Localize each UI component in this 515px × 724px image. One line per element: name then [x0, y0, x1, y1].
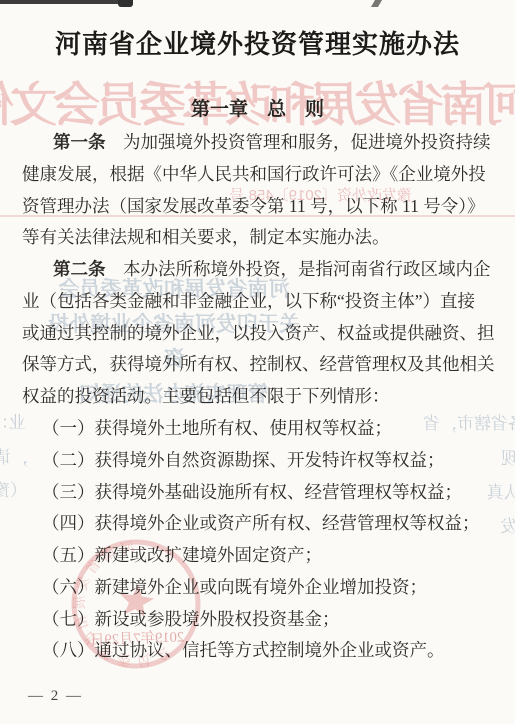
- page-title: 河南省企业境外投资管理实施办法: [0, 28, 515, 62]
- scanned-document-page: 河南省发展和改革委员会文件 豫发改外资〔2019〕458 号 河南省发展和改革委…: [0, 0, 515, 724]
- article-line: 资管理办法（国家发展改革委令第 11 号，以下称 11 号令）》: [22, 191, 494, 223]
- article-2-label: 第二条: [53, 259, 106, 279]
- article-line: 保等方式，获得境外所有权、控制权、经营管理权及其他相关: [22, 349, 494, 381]
- list-item: （八）通过协议、信托等方式控制境外企业或资产。: [42, 635, 494, 667]
- article-line: 或通过其控制的境外企业，以投入资产、权益或提供融资、担: [22, 318, 494, 350]
- list-item: （四）获得境外企业或资产所有权、经营管理权等权益；: [42, 508, 494, 540]
- article-line: 第一条 为加强境外投资管理和服务，促进境外投资持续: [22, 127, 494, 159]
- scan-artifact-nub: [118, 0, 133, 7]
- article-line: 权益的投资活动。主要包括但不限于下列情形：: [22, 381, 494, 413]
- list-item: （五）新建或改扩建境外固定资产；: [42, 540, 494, 572]
- page-number: — 2 —: [28, 688, 83, 705]
- article-line: 第二条 本办法所称境外投资，是指河南省行政区域内企: [22, 254, 494, 286]
- scan-artifact-bar: [0, 0, 128, 4]
- enumerated-list: （一）获得境外土地所有权、使用权等权益； （二）获得境外自然资源勘探、开发特许权…: [22, 413, 494, 667]
- edge-fragment: 发: [500, 517, 515, 537]
- article-line-text: 为加强境外投资管理和服务，促进境外投资持续: [106, 132, 491, 152]
- list-item: （三）获得境外基础设施所有权、经营管理权等权益；: [42, 477, 494, 509]
- edge-fragment: 现: [501, 449, 515, 469]
- list-item: （一）获得境外土地所有权、使用权等权益；: [42, 413, 494, 445]
- article-2: 第二条 本办法所称境外投资，是指河南省行政区域内企 业（包括各类金融和非金融企业…: [22, 254, 494, 413]
- scan-artifact-tick: [371, 0, 382, 7]
- list-item: （六）新建境外企业或向既有境外企业增加投资；: [42, 572, 494, 604]
- article-1: 第一条 为加强境外投资管理和服务，促进境外投资持续 健康发展，根据《中华人民共和…: [22, 127, 494, 254]
- article-line: 等有关法律法规和相关要求，制定本实施办法。: [22, 222, 494, 254]
- list-item: （二）获得境外自然资源勘探、开发特许权等权益；: [42, 445, 494, 477]
- list-item: （七）新设或参股境外股权投资基金；: [42, 604, 494, 636]
- article-line-text: 本办法所称境外投资，是指河南省行政区域内企: [106, 259, 491, 279]
- article-line: 业（包括各类金融和非金融企业，以下称“投资主体”）直接: [22, 286, 494, 318]
- article-line: 健康发展，根据《中华人民共和国行政许可法》《企业境外投: [22, 159, 494, 191]
- article-1-label: 第一条: [53, 132, 106, 152]
- chapter-heading: 第一章 总 则: [0, 96, 515, 124]
